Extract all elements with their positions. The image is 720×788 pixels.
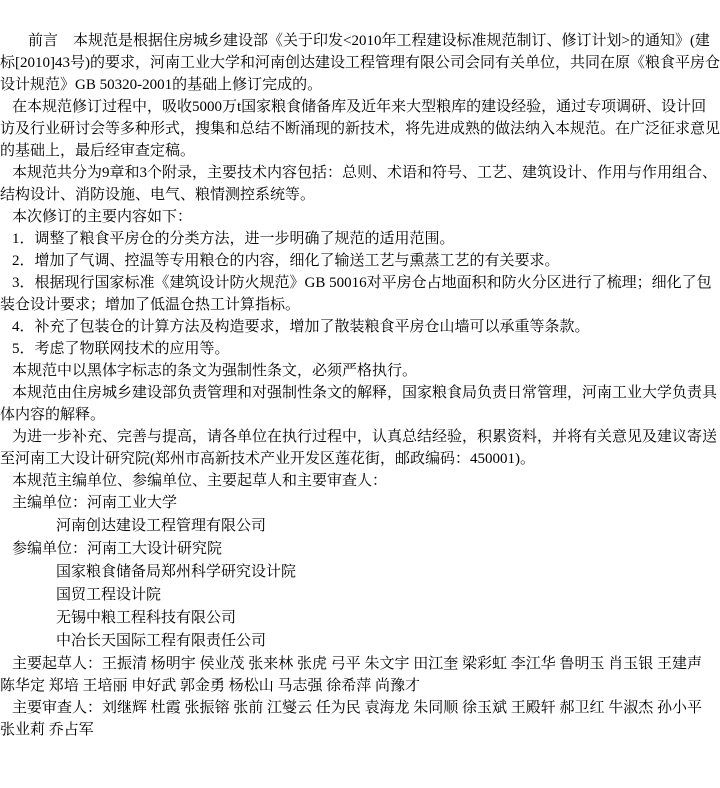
revision-item-3: 3．根据现行国家标准《建筑设计防火规范》GB 50016对平房仓占地面积和防火分… (0, 272, 720, 316)
chief-editor-unit: 河南创达建设工程管理有限公司 (0, 515, 720, 538)
paragraph-mandatory-provisions: 本规范中以黑体字标志的条文为强制性条文，必须严格执行。 (0, 360, 720, 382)
preface-heading: 前言 (28, 33, 58, 49)
participating-unit: 中冶长天国际工程有限责任公司 (0, 630, 720, 653)
revision-item-1: 1．调整了粮食平房仓的分类方法，进一步明确了规范的适用范围。 (0, 228, 720, 250)
chief-editor-label: 主编单位： (12, 495, 87, 511)
document-page: 前言本规范是根据住房城乡建设部《关于印发<2010年工程建设标准规范制订、修订计… (0, 0, 720, 788)
chief-editor-row: 主编单位：河南工业大学 (0, 492, 720, 515)
participating-unit: 国贸工程设计院 (0, 584, 720, 607)
preface-paragraph: 前言本规范是根据住房城乡建设部《关于印发<2010年工程建设标准规范制订、修订计… (0, 30, 720, 96)
reviewers-label: 主要审查人： (12, 700, 102, 716)
participating-unit: 无锡中粮工程科技有限公司 (0, 607, 720, 630)
paragraph-revision-process: 在本规范修订过程中，吸收5000万t国家粮食储备库及近年来大型粮库的建设经验，通… (0, 96, 720, 162)
reviewers-row: 主要审查人：刘继辉 杜霞 张振镕 张前 江燮云 任为民 袁海龙 朱同顺 徐玉斌 … (0, 697, 720, 741)
paragraph-management: 本规范由住房城乡建设部负责管理和对强制性条文的解释，国家粮食局负责日常管理，河南… (0, 382, 720, 426)
participating-units-row: 参编单位：河南工大设计研究院 (0, 538, 720, 561)
participating-unit: 河南工大设计研究院 (87, 541, 222, 557)
paragraph-contents-overview: 本规范共分为9章和3个附录，主要技术内容包括：总则、术语和符号、工艺、建筑设计、… (0, 162, 720, 206)
participating-unit: 国家粮食储备局郑州科学研究设计院 (0, 561, 720, 584)
chief-editor-unit: 河南工业大学 (87, 495, 177, 511)
drafters-names: 王振清 杨明宇 侯业茂 张来林 张虎 弓平 朱文宇 田江奎 梁彩虹 李江华 鲁明… (0, 656, 702, 694)
revision-item-2: 2．增加了气调、控温等专用粮仓的内容，细化了输送工艺与熏蒸工艺的有关要求。 (0, 250, 720, 272)
paragraph-units-intro: 本规范主编单位、参编单位、主要起草人和主要审查人： (0, 470, 720, 492)
paragraph-revision-intro: 本次修订的主要内容如下： (0, 206, 720, 228)
drafters-row: 主要起草人：王振清 杨明宇 侯业茂 张来林 张虎 弓平 朱文宇 田江奎 梁彩虹 … (0, 653, 720, 697)
revision-item-4: 4．补充了包装仓的计算方法及构造要求，增加了散装粮食平房仓山墙可以承重等条款。 (0, 316, 720, 338)
preface-intro-text: 本规范是根据住房城乡建设部《关于印发<2010年工程建设标准规范制订、修订计划>… (0, 33, 720, 93)
reviewers-names: 刘继辉 杜霞 张振镕 张前 江燮云 任为民 袁海龙 朱同顺 徐玉斌 王殿轩 郝卫… (0, 700, 702, 738)
revision-item-5: 5．考虑了物联网技术的应用等。 (0, 338, 720, 360)
participating-units-label: 参编单位： (12, 541, 87, 557)
drafters-label: 主要起草人： (12, 656, 102, 672)
paragraph-feedback-address: 为进一步补充、完善与提高，请各单位在执行过程中，认真总结经验，积累资料，并将有关… (0, 426, 720, 470)
